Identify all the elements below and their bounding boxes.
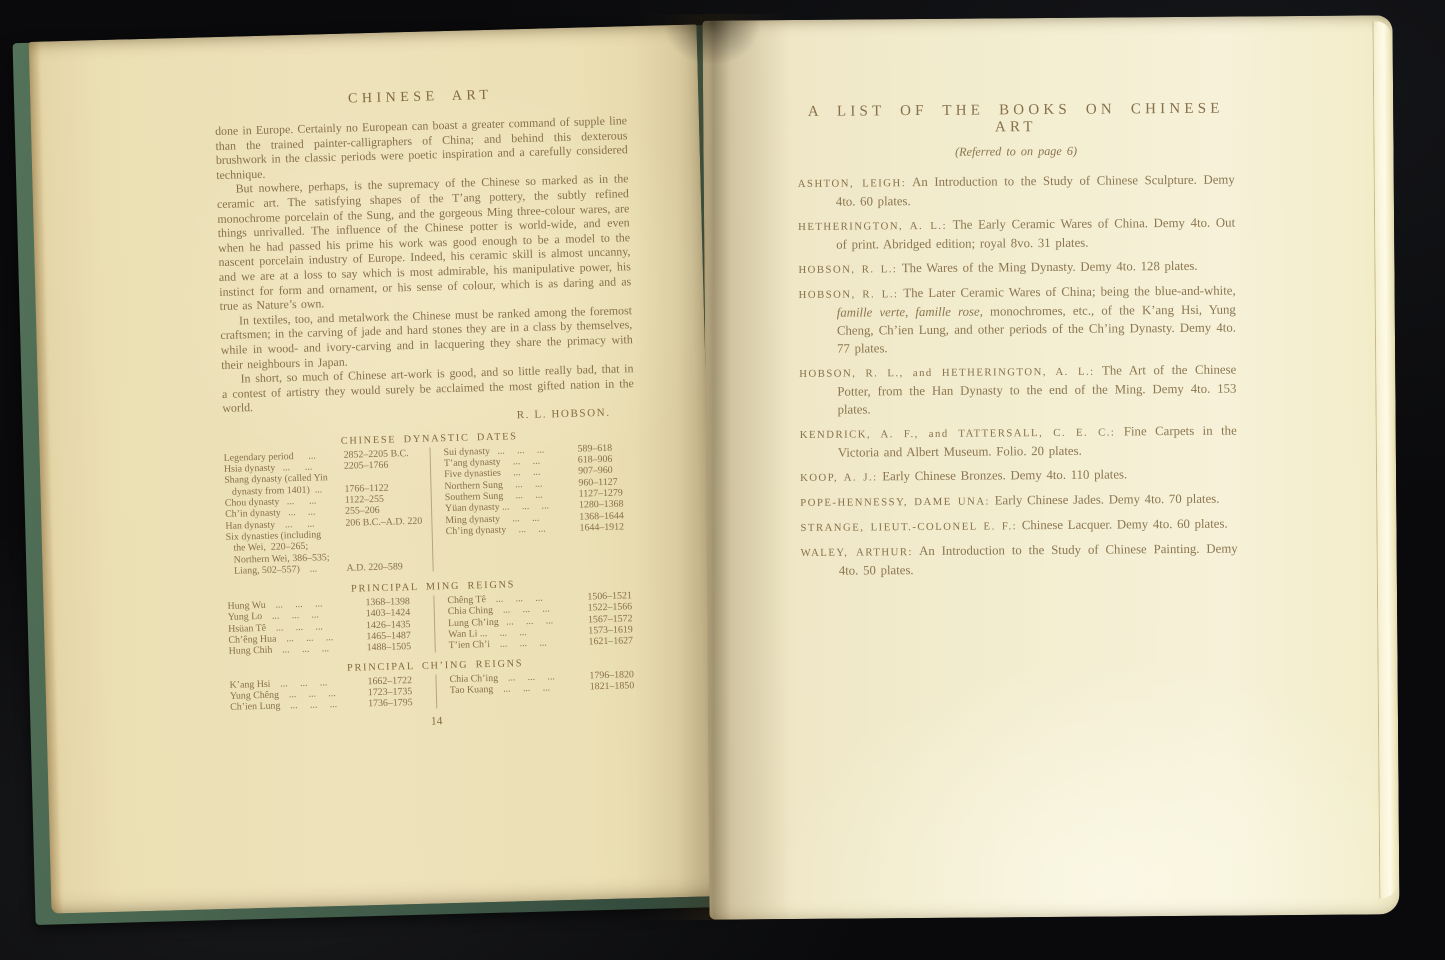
book-entry: ASHTON, LEIGH: An Introduction to the St… [798,171,1235,211]
table-cell-label: Six dynasties (including the Wei, 220–26… [226,529,347,577]
table-cell-label: Ch’ien Lung ... ... ... [230,698,368,713]
list-heading: A LIST OF THE BOOKS ON CHINESE ART [797,101,1234,138]
body-paragraph: done in Europe. Certainly no European ca… [215,113,628,182]
table-cell-label: Shang dynasty (called Yin dynasty from 1… [224,472,345,498]
book-entry: STRANGE, LIEUT.-COLONEL E. F.: Chinese L… [800,515,1237,537]
table-column-right: Chia Ch’ing ... ... ...1796–1820 Tao Kua… [435,669,642,708]
right-page-content: A LIST OF THE BOOKS ON CHINESE ART (Refe… [797,87,1238,586]
table-cell-label: Hung Chih ... ... ... [229,643,367,658]
table-cell-label: Tao Kuang ... ... ... [450,681,590,696]
book-entry-text: The Wares of the Ming Dynasty. Demy 4to.… [902,259,1198,275]
right-page: A LIST OF THE BOOKS ON CHINESE ART (Refe… [702,15,1399,919]
book-entry-author: WALEY, ARTHUR: [801,546,913,559]
table-cell-label: T’ien Ch’i ... ... ... [449,637,589,652]
book-entry-author: STRANGE, LIEUT.-COLONEL E. F.: [800,520,1017,534]
book-entry: WALEY, ARTHUR: An Introduction to the St… [801,540,1238,580]
table-column-right: Sui dynasty ... ... ...589–618 T’ang dyn… [429,442,638,572]
table-cell-value: 1736–1795 [368,697,428,710]
book-entry-author: HOBSON, R. L.: [798,263,897,276]
book-entry-author: KENDRICK, A. F., and TATTERSALL, C. E. C… [800,426,1116,440]
book-entry-author: KOOP, A. J.: [800,471,878,484]
book-entry-author: POPE-HENNESSY, DAME UNA: [800,495,990,508]
page-title: CHINESE ART [214,84,626,111]
book-entry: KOOP, A. J.: Early Chinese Bronzes. Demy… [800,465,1237,487]
body-paragraph: In textiles, too, and metalwork the Chin… [220,303,633,372]
book-entry: POPE-HENNESSY, DAME UNA: Early Chinese J… [800,490,1237,512]
table-cell-value: 1821–1850 [590,680,642,693]
book-entry-author: HOBSON, R. L.: [799,288,899,301]
open-book-photo: CHINESE ART done in Europe. Certainly no… [0,0,1445,960]
left-page: CHINESE ART done in Europe. Certainly no… [29,24,720,913]
ching-reigns-table: K’ang Hsi ... ... ...1662–1722 Yung Chên… [229,669,642,714]
fore-edge-pages [1373,21,1398,898]
table-cell-value: 1644–1912 [579,521,637,534]
book-entry-text: Early Chinese Bronzes. Demy 4to. 110 pla… [882,467,1127,483]
table-cell-value: 1621–1627 [588,635,640,648]
table-cell-value: 1488–1505 [367,641,427,654]
book-entry: HETHERINGTON, A. L.: The Early Ceramic W… [798,214,1235,254]
book-list: ASHTON, LEIGH: An Introduction to the St… [798,171,1238,580]
italic-phrase: famille verte, famille rose, [837,305,983,320]
book-entry: HOBSON, R. L.: The Later Ceramic Wares o… [799,282,1237,358]
book-entry: HOBSON, R. L.: The Wares of the Ming Dyn… [798,257,1235,279]
table-column-left: Legendary period ...2852–2205 B.C. Hsia … [224,447,433,577]
dynastic-dates-table: Legendary period ...2852–2205 B.C. Hsia … [224,442,639,577]
book-entry-text: Chinese Lacquer. Demy 4to. 60 plates. [1022,517,1228,533]
book-entry: HOBSON, R. L., and HETHERINGTON, A. L.: … [799,361,1236,419]
table-cell-value: A.D. 220–589 [346,561,424,574]
page-number: 14 [231,710,643,733]
left-page-content: CHINESE ART done in Europe. Certainly no… [214,84,643,732]
table-column-left: K’ang Hsi ... ... ...1662–1722 Yung Chên… [229,674,436,713]
book-entry: KENDRICK, A. F., and TATTERSALL, C. E. C… [800,422,1237,462]
list-subtitle: (Referred to on page 6) [797,143,1234,161]
ming-reigns-table: Hung Wu ... ... ...1368–1398 Yung Lo ...… [227,590,640,657]
book-entry-author: HETHERINGTON, A. L.: [798,220,947,233]
book-entry-text: The Later Ceramic Wares of China; being … [903,284,1235,301]
book-entry-text: Early Chinese Jades. Demy 4to. 70 plates… [995,492,1220,508]
table-cell-label: Ch’ing dynasty ... ... [446,523,580,538]
book-entry-author: HOBSON, R. L., and HETHERINGTON, A. L.: [799,366,1094,380]
body-paragraph: But nowhere, perhaps, is the supremacy o… [216,172,631,314]
table-row: Six dynasties (including the Wei, 220–26… [226,527,425,577]
table-column-right: Chêng Tê ... ... ...1506–1521 Chia Ching… [433,590,640,652]
table-column-left: Hung Wu ... ... ...1368–1398 Yung Lo ...… [227,596,434,658]
table-cell-value: 206 B.C.–A.D. 220 [345,515,423,528]
table-cell-value: 2205–1766 [344,459,422,472]
book-entry-author: ASHTON, LEIGH: [798,177,907,190]
